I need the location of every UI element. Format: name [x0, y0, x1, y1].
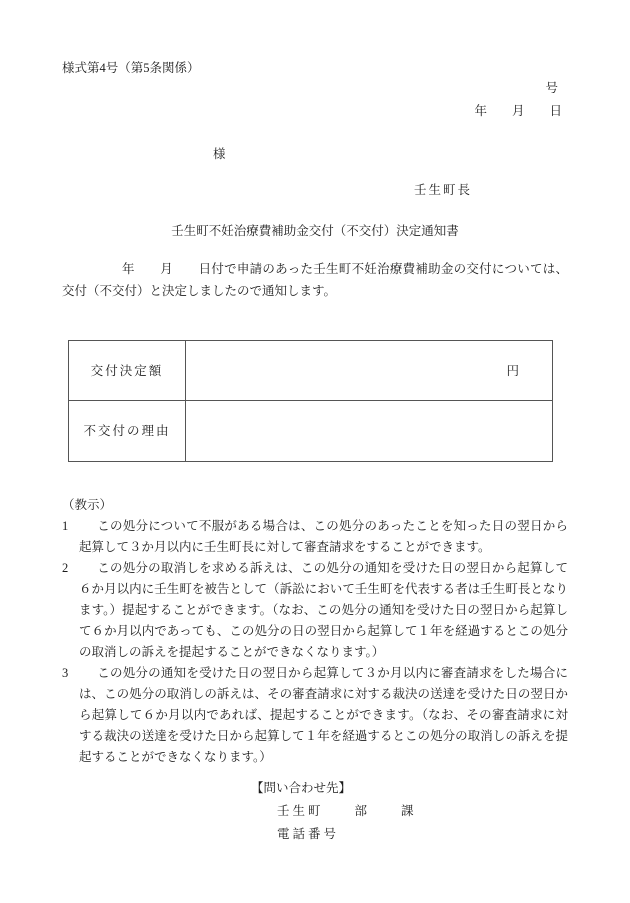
refusal-reason-label: 不交付の理由 [69, 401, 186, 462]
grant-amount-value-cell: 円 [186, 341, 553, 401]
yen-unit: 円 [506, 364, 519, 378]
table-row-refusal-reason: 不交付の理由 [69, 401, 553, 462]
guidance-item-3: 3この処分の通知を受けた日の翌日から起算して３か月以内に審査請求をした場合には、… [62, 663, 568, 768]
guidance-item-text: この処分の取消しを求める訴えは、この処分の通知を受けた日の翌日から起算して６か月… [79, 561, 568, 659]
sender-mayor: 壬生町長 [414, 179, 472, 201]
issue-date-line: 年 月 日 [62, 100, 568, 122]
grant-amount-label: 交付決定額 [69, 341, 186, 401]
table-row-grant-amount: 交付決定額 円 [69, 341, 553, 401]
document-number-line: 号 [62, 77, 568, 99]
contact-org-line: 壬生町 部 課 [251, 800, 417, 823]
guidance-item-text: この処分について不服がある場合は、この処分のあったことを知った日の翌日から起算し… [79, 519, 568, 554]
decision-table: 交付決定額 円 不交付の理由 [68, 340, 553, 462]
guidance-item-1: 1この処分について不服がある場合は、この処分のあったことを知った日の翌日から起算… [62, 516, 568, 558]
guidance-item-number: 1 [62, 516, 97, 537]
document-title: 壬生町不妊治療費補助金交付（不交付）決定通知書 [0, 220, 630, 242]
guidance-item-text: この処分の通知を受けた日の翌日から起算して３か月以内に審査請求をした場合には、こ… [79, 666, 568, 764]
form-number: 様式第4号（第5条関係） [62, 57, 200, 79]
guidance-section: （教示） 1この処分について不服がある場合は、この処分のあったことを知った日の翌… [62, 495, 568, 768]
addressee-honorific: 様 [213, 143, 226, 165]
guidance-item-number: 3 [62, 663, 97, 684]
guidance-heading: （教示） [62, 495, 568, 516]
refusal-reason-value-cell [186, 401, 553, 462]
contact-heading: 【問い合わせ先】 [251, 777, 417, 800]
contact-section: 【問い合わせ先】 壬生町 部 課 電話番号 [251, 777, 417, 846]
document-number-suffix: 号 [545, 81, 558, 95]
contact-phone-line: 電話番号 [251, 823, 417, 846]
guidance-item-2: 2この処分の取消しを求める訴えは、この処分の通知を受けた日の翌日から起算して６か… [62, 558, 568, 663]
body-paragraph: 年 月 日付で申請のあった壬生町不妊治療費補助金の交付については、交付（不交付）… [62, 258, 568, 302]
document-page: 様式第4号（第5条関係） 号 年 月 日 様 壬生町長 壬生町不妊治療費補助金交… [0, 0, 630, 903]
guidance-item-number: 2 [62, 558, 97, 579]
